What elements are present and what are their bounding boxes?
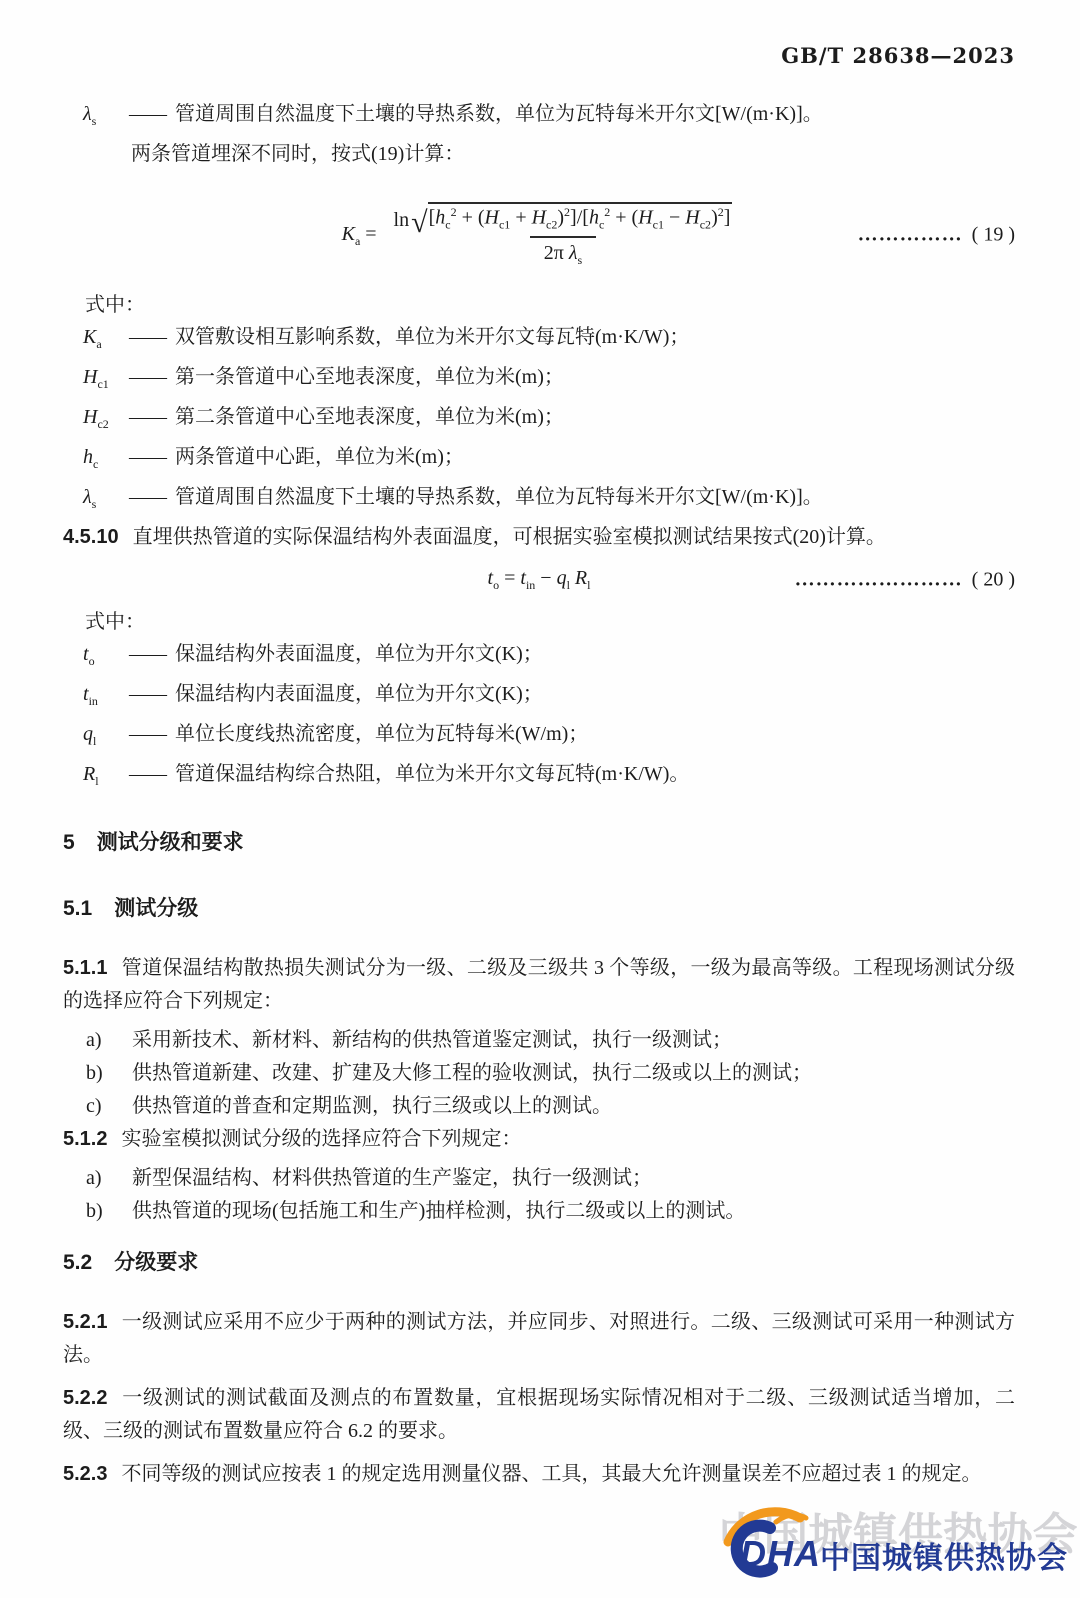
definition-row: Ka —— 双管敷设相互影响系数，单位为米开尔文每瓦特(m·K/W)； [63, 321, 1015, 361]
fraction: ln √ [hc2 + (Hc1 + Hc2)2]/[hc2 + (Hc1 − … [390, 202, 737, 269]
fraction-numerator: ln √ [hc2 + (Hc1 + Hc2)2]/[hc2 + (Hc1 − … [390, 202, 737, 237]
definition-row: λs —— 管道周围自然温度下土壤的导热系数，单位为瓦特每米开尔文[W/(m·K… [63, 481, 1015, 521]
lambda-definition-row: λs —— 管道周围自然温度下土壤的导热系数，单位为瓦特每米开尔文[W/(m·K… [63, 98, 1015, 138]
cdha-logo-icon: DHA [714, 1502, 818, 1580]
list-item-text: 供热管道新建、改建、扩建及大修工程的验收测试，执行二级或以上的测试； [132, 1057, 1015, 1090]
page-content: GB/T 28638—2023 λs —— 管道周围自然温度下土壤的导热系数，单… [0, 0, 1080, 1491]
clause-text: 实验室模拟测试分级的选择应符合下列规定： [121, 1128, 521, 1150]
definition-dash: —— [129, 441, 165, 474]
definition-text: 管道保温结构综合热阻，单位为米开尔文每瓦特(m·K/W)。 [175, 758, 1015, 791]
list-item: c) 供热管道的普查和定期监测，执行三级或以上的测试。 [63, 1090, 1015, 1123]
equation-20-reference: …………………… ( 20 ) [795, 569, 1015, 592]
definition-symbol: λs [83, 98, 129, 138]
logo-acronym-text: DHA [740, 1536, 821, 1572]
clause-text: 管道保温结构散热损失测试分为一级、二级及三级共 3 个等级，一级为最高等级。工程… [63, 957, 1015, 1012]
clause-5-1-2: 5.1.2实验室模拟测试分级的选择应符合下列规定： [63, 1123, 1015, 1156]
radical-sign: √ [411, 212, 427, 234]
footer-logo-area: 中国城镇供热协会 DHA 中国城镇供热协会 [714, 1472, 1054, 1592]
association-name: 中国城镇供热协会 [820, 1542, 1068, 1576]
definition-symbol: λs [83, 481, 129, 521]
definition-row: Rl —— 管道保温结构综合热阻，单位为米开尔文每瓦特(m·K/W)。 [63, 758, 1015, 798]
section-number: 5.2 [63, 1250, 92, 1276]
definition-symbol: Hc2 [83, 401, 129, 441]
definition-symbol: ql [83, 718, 129, 758]
equation-19-reference: …………… ( 19 ) [858, 224, 1015, 247]
definition-text: 第二条管道中心至地表深度，单位为米(m)； [175, 401, 1015, 434]
list-item-label: a) [86, 1024, 110, 1057]
clause-5-1-1: 5.1.1管道保温结构散热损失测试分为一级、二级及三级共 3 个等级，一级为最高… [63, 952, 1015, 1018]
clause-number: 5.1.1 [63, 957, 107, 979]
definition-row: tin —— 保温结构内表面温度，单位为开尔文(K)； [63, 678, 1015, 718]
dot-leader: …………………… [795, 569, 963, 591]
definition-dash: —— [129, 98, 165, 131]
definition-row: ql —— 单位长度线热流密度，单位为瓦特每米(W/m)； [63, 718, 1015, 758]
list-item: b) 供热管道的现场(包括施工和生产)抽样检测，执行二级或以上的测试。 [63, 1195, 1015, 1228]
clause-number: 4.5.10 [63, 526, 119, 548]
equation-number: ( 19 ) [972, 224, 1015, 246]
definition-text: 管道周围自然温度下土壤的导热系数，单位为瓦特每米开尔文[W/(m·K)]。 [175, 481, 1015, 514]
clause-text: 一级测试的测试截面及测点的布置数量，宜根据现场实际情况相对于二级、三级测试适当增… [63, 1387, 1015, 1442]
definition-dash: —— [129, 678, 165, 711]
definition-dash: —— [129, 481, 165, 514]
equation-number: ( 20 ) [972, 569, 1015, 591]
section-5-2-heading: 5.2 分级要求 [63, 1250, 1015, 1276]
definition-dash: —— [129, 718, 165, 751]
list-item-label: c) [86, 1090, 110, 1123]
clause-number: 5.2.3 [63, 1463, 107, 1485]
clause-5-2-2: 5.2.2一级测试的测试截面及测点的布置数量，宜根据现场实际情况相对于二级、三级… [63, 1382, 1015, 1448]
definition-text: 两条管道中心距，单位为米(m)； [175, 441, 1015, 474]
definition-dash: —— [129, 361, 165, 394]
definition-symbol: tin [83, 678, 129, 718]
section-5-1-heading: 5.1 测试分级 [63, 896, 1015, 922]
formula-19-intro-note: 两条管道埋深不同时，按式(19)计算： [63, 138, 1015, 171]
definition-symbol: Hc1 [83, 361, 129, 401]
fraction-denominator: 2π λs [530, 236, 596, 268]
clause-text: 一级测试应采用不应少于两种的测试方法，并应同步、对照进行。二级、三级测试可采用一… [63, 1311, 1015, 1366]
definition-symbol: Rl [83, 758, 129, 798]
ln-function: ln [394, 209, 410, 232]
definition-symbol: hc [83, 441, 129, 481]
formula-19-body: Ka = ln √ [hc2 + (Hc1 + Hc2)2]/[hc2 + (H… [342, 202, 737, 269]
definition-symbol: Ka [83, 321, 129, 361]
list-item: a) 采用新技术、新材料、新结构的供热管道鉴定测试，执行一级测试； [63, 1024, 1015, 1057]
clause-4-5-10: 4.5.10直埋供热管道的实际保温结构外表面温度，可根据实验室模拟测试结果按式(… [63, 521, 1015, 554]
clause-number: 5.2.2 [63, 1387, 107, 1409]
list-item: a) 新型保温结构、材料供热管道的生产鉴定，执行一级测试； [63, 1162, 1015, 1195]
list-item-label: b) [86, 1057, 110, 1090]
association-logo: DHA 中国城镇供热协会 [714, 1502, 1068, 1580]
section-title: 测试分级和要求 [97, 830, 244, 856]
standard-number: GB/T 28638—2023 [63, 44, 1015, 68]
radicand: [hc2 + (Hc1 + Hc2)2]/[hc2 + (Hc1 − Hc2)2… [428, 202, 733, 233]
formula-19-lhs: Ka = [342, 223, 382, 245]
section-number: 5.1 [63, 896, 92, 922]
document-page: GB/T 28638—2023 λs —— 管道周围自然温度下土壤的导热系数，单… [0, 0, 1080, 1598]
clause-text: 直埋供热管道的实际保温结构外表面温度，可根据实验室模拟测试结果按式(20)计算。 [133, 526, 886, 548]
section-title: 分级要求 [114, 1250, 198, 1276]
where-label-1: 式中： [63, 289, 1015, 321]
clause-number: 5.1.2 [63, 1128, 107, 1150]
clause-number: 5.2.1 [63, 1311, 107, 1333]
list-item-text: 采用新技术、新材料、新结构的供热管道鉴定测试，执行一级测试； [132, 1024, 1015, 1057]
definition-text: 双管敷设相互影响系数，单位为米开尔文每瓦特(m·K/W)； [175, 321, 1015, 354]
list-5-1-1: a) 采用新技术、新材料、新结构的供热管道鉴定测试，执行一级测试； b) 供热管… [63, 1024, 1015, 1123]
formula-20: to = tin − ql Rl …………………… ( 20 ) [63, 560, 1015, 600]
definition-dash: —— [129, 758, 165, 791]
definition-dash: —— [129, 321, 165, 354]
definition-dash: —— [129, 638, 165, 671]
list-item-text: 新型保温结构、材料供热管道的生产鉴定，执行一级测试； [132, 1162, 1015, 1195]
list-item-label: b) [86, 1195, 110, 1228]
definition-text: 管道周围自然温度下土壤的导热系数，单位为瓦特每米开尔文[W/(m·K)]。 [175, 98, 1015, 131]
definition-text: 第一条管道中心至地表深度，单位为米(m)； [175, 361, 1015, 394]
definition-text: 保温结构内表面温度，单位为开尔文(K)； [175, 678, 1015, 711]
definition-row: hc —— 两条管道中心距，单位为米(m)； [63, 441, 1015, 481]
section-5-heading: 5 测试分级和要求 [63, 830, 1015, 856]
where-label-2: 式中： [63, 606, 1015, 638]
definition-dash: —— [129, 401, 165, 434]
list-item-label: a) [86, 1162, 110, 1195]
definition-row: to —— 保温结构外表面温度，单位为开尔文(K)； [63, 638, 1015, 678]
list-item: b) 供热管道新建、改建、扩建及大修工程的验收测试，执行二级或以上的测试； [63, 1057, 1015, 1090]
clause-5-2-1: 5.2.1一级测试应采用不应少于两种的测试方法，并应同步、对照进行。二级、三级测… [63, 1306, 1015, 1372]
definition-row: Hc1 —— 第一条管道中心至地表深度，单位为米(m)； [63, 361, 1015, 401]
list-5-1-2: a) 新型保温结构、材料供热管道的生产鉴定，执行一级测试； b) 供热管道的现场… [63, 1162, 1015, 1228]
list-item-text: 供热管道的普查和定期监测，执行三级或以上的测试。 [132, 1090, 1015, 1123]
list-item-text: 供热管道的现场(包括施工和生产)抽样检测，执行二级或以上的测试。 [132, 1195, 1015, 1228]
dot-leader: …………… [858, 224, 963, 246]
definition-symbol: to [83, 638, 129, 678]
definition-row: Hc2 —— 第二条管道中心至地表深度，单位为米(m)； [63, 401, 1015, 441]
section-number: 5 [63, 830, 75, 856]
section-title: 测试分级 [114, 896, 198, 922]
formula-20-expression: to = tin − ql Rl [488, 567, 591, 593]
definition-text: 保温结构外表面温度，单位为开尔文(K)； [175, 638, 1015, 671]
definition-text: 单位长度线热流密度，单位为瓦特每米(W/m)； [175, 718, 1015, 751]
formula-19: Ka = ln √ [hc2 + (Hc1 + Hc2)2]/[hc2 + (H… [63, 189, 1015, 281]
